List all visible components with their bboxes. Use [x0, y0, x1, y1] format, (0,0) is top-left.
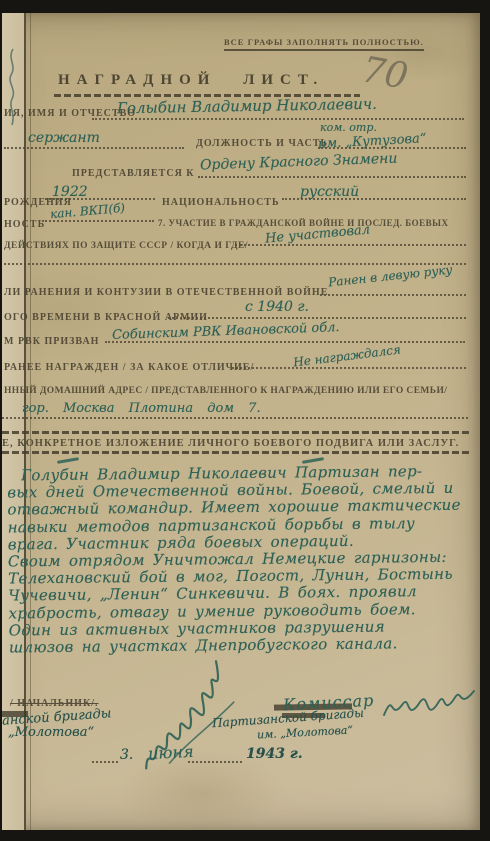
dotted-line [105, 341, 465, 343]
field-civilwar-label-2: действиях по защите СССР / когда и где/ [4, 241, 248, 251]
field-position-label: должность и часть [196, 138, 328, 149]
field-rvk-value: Собинским РВК Ивановской обл. [112, 320, 340, 343]
dotted-line [232, 367, 466, 369]
stamp-instruction: ВСЕ ГРАФЫ ЗАПОЛНЯТЬ ПОЛНОСТЬЮ. [224, 37, 424, 51]
document-title: НАГРАДНОЙ ЛИСТ. [58, 72, 324, 89]
dotted-line [92, 118, 464, 120]
dotted-line [4, 147, 184, 149]
dotted-line [168, 317, 466, 319]
field-address-label: нный домашний адрес / представленного к … [4, 386, 447, 396]
commissar-signature [380, 675, 480, 733]
date-day: 3. [120, 747, 133, 763]
field-rank-value: сержант [28, 130, 100, 146]
field-rvk-label: м РВК призван [4, 336, 99, 347]
field-army-value: с 1940 г. [245, 299, 309, 315]
dotted-line [188, 761, 242, 763]
dotted-line [282, 198, 466, 200]
section-separator [2, 431, 472, 434]
dotted-line [92, 761, 118, 763]
dotted-line [45, 198, 155, 200]
citation-line: шлюзов на участках Днепробугского канала… [9, 635, 477, 657]
dotted-line [198, 176, 466, 178]
field-nationality-label: национальность [162, 197, 280, 208]
field-awards-label: ранее награжден / за какое отличие/ [4, 362, 254, 373]
ink-mark [57, 457, 79, 464]
date-month: июня [148, 742, 194, 763]
date-year: 1943 г. [246, 746, 303, 762]
page-number-pencil: 70 [359, 49, 411, 97]
document-scan: ВСЕ ГРАФЫ ЗАПОЛНЯТЬ ПОЛНОСТЬЮ. НАГРАДНОЙ… [0, 0, 490, 841]
field-address-value: гор. Москва Плотина дом 7. [22, 401, 261, 416]
dotted-line [320, 294, 466, 296]
dotted-line [2, 417, 468, 419]
section-separator [2, 451, 472, 454]
field-submitted-label: представляется к [72, 168, 195, 179]
section-heading: е, конкретное изложение личного боевого … [2, 438, 459, 449]
left-unit-line2: „Молотова“ [8, 725, 94, 740]
dotted-line [4, 263, 466, 265]
dotted-line [235, 244, 466, 246]
dotted-line [42, 220, 154, 222]
field-position-value-top: ком. отр. [320, 121, 377, 134]
field-civilwar-label-1: 7. Участие в гражданской войне и послед.… [158, 218, 449, 228]
field-awards-value: Не награждался [293, 342, 402, 369]
dotted-line [318, 147, 466, 149]
field-name-value: Голыбин Владимир Николаевич. [117, 95, 377, 118]
field-party-label: ность [4, 219, 45, 230]
field-wounds-label: ли ранения и контузии в отечественной во… [4, 287, 328, 298]
field-wounds-value: Ранен в левую руку [328, 263, 453, 290]
citation-paragraph: Голубин Владимир Николаевич Партизан пер… [7, 463, 477, 657]
field-submitted-value: Ордену Красного Знамени [200, 151, 398, 174]
award-sheet-page: ВСЕ ГРАФЫ ЗАПОЛНЯТЬ ПОЛНОСТЬЮ. НАГРАДНОЙ… [2, 13, 480, 830]
